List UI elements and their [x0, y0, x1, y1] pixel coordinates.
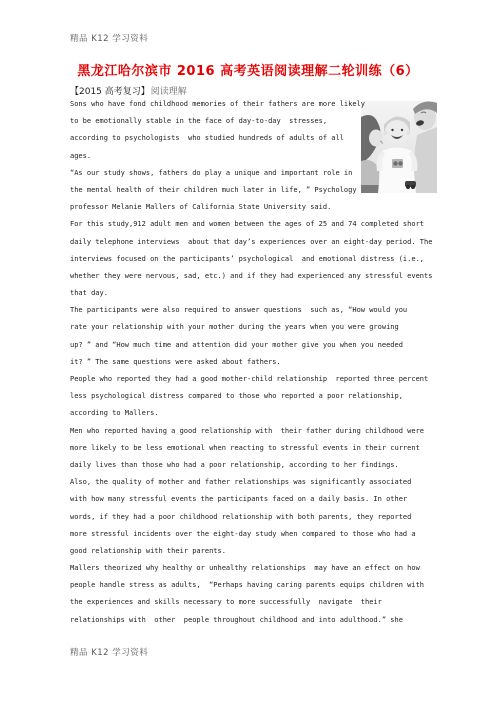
document-page: 精品 K12 学习资料 黑龙江哈尔滨市 2016 高考英语阅读理解二轮训练（6）… — [0, 0, 496, 702]
article-line: according to Mallers. — [70, 405, 440, 422]
article-line: rate your relationship with your mother … — [70, 319, 440, 336]
article-line: words, if they had a poor childhood rela… — [70, 509, 440, 526]
article-line: professor Melanie Mallers of California … — [70, 199, 440, 216]
article-line: the mental health of their children much… — [70, 182, 440, 199]
article-line: People who reported they had a good moth… — [70, 371, 440, 388]
article-line: the experiences and skills necessary to … — [70, 594, 440, 611]
article-line: “As our study shows, fathers do play a u… — [70, 165, 440, 182]
article-line: whether they were nervous, sad, etc.) an… — [70, 268, 440, 285]
article-line: to be emotionally stable in the face of … — [70, 113, 440, 130]
watermark-bottom: 精品 K12 学习资料 — [70, 646, 148, 658]
page-title: 黑龙江哈尔滨市 2016 高考英语阅读理解二轮训练（6） — [0, 60, 496, 79]
article-line: Also, the quality of mother and father r… — [70, 474, 440, 491]
article-line: Sons who have fond childhood memories of… — [70, 96, 440, 113]
article-line: more stressful incidents over the eight-… — [70, 526, 440, 543]
article-line: according to psychologists who studied h… — [70, 130, 440, 147]
article-line: relationships with other people througho… — [70, 612, 440, 629]
article-line: For this study,912 adult men and women b… — [70, 216, 440, 233]
article-line: Mallers theorized why healthy or unhealt… — [70, 560, 440, 577]
article-line: Men who reported having a good relations… — [70, 423, 440, 440]
article-line: that day. — [70, 285, 440, 302]
article-line: less psychological distress compared to … — [70, 388, 440, 405]
article-line: up? ” and “How much time and attention d… — [70, 337, 440, 354]
article-line: with how many stressful events the parti… — [70, 491, 440, 508]
article-line: The participants were also required to a… — [70, 302, 440, 319]
article-line: good relationship with their parents. — [70, 543, 440, 560]
article-line: daily lives than those who had a poor re… — [70, 457, 440, 474]
article-body: Sons who have fond childhood memories of… — [70, 96, 440, 629]
article-line: more likely to be less emotional when re… — [70, 440, 440, 457]
article-line: people handle stress as adults, “Perhaps… — [70, 577, 440, 594]
article-line: interviews focused on the participants’ … — [70, 251, 440, 268]
article-line: ages. — [70, 148, 440, 165]
article-line: it? ” The same questions were asked abou… — [70, 354, 440, 371]
watermark-top: 精品 K12 学习资料 — [70, 32, 148, 44]
article-line: daily telephone interviews about that da… — [70, 234, 440, 251]
